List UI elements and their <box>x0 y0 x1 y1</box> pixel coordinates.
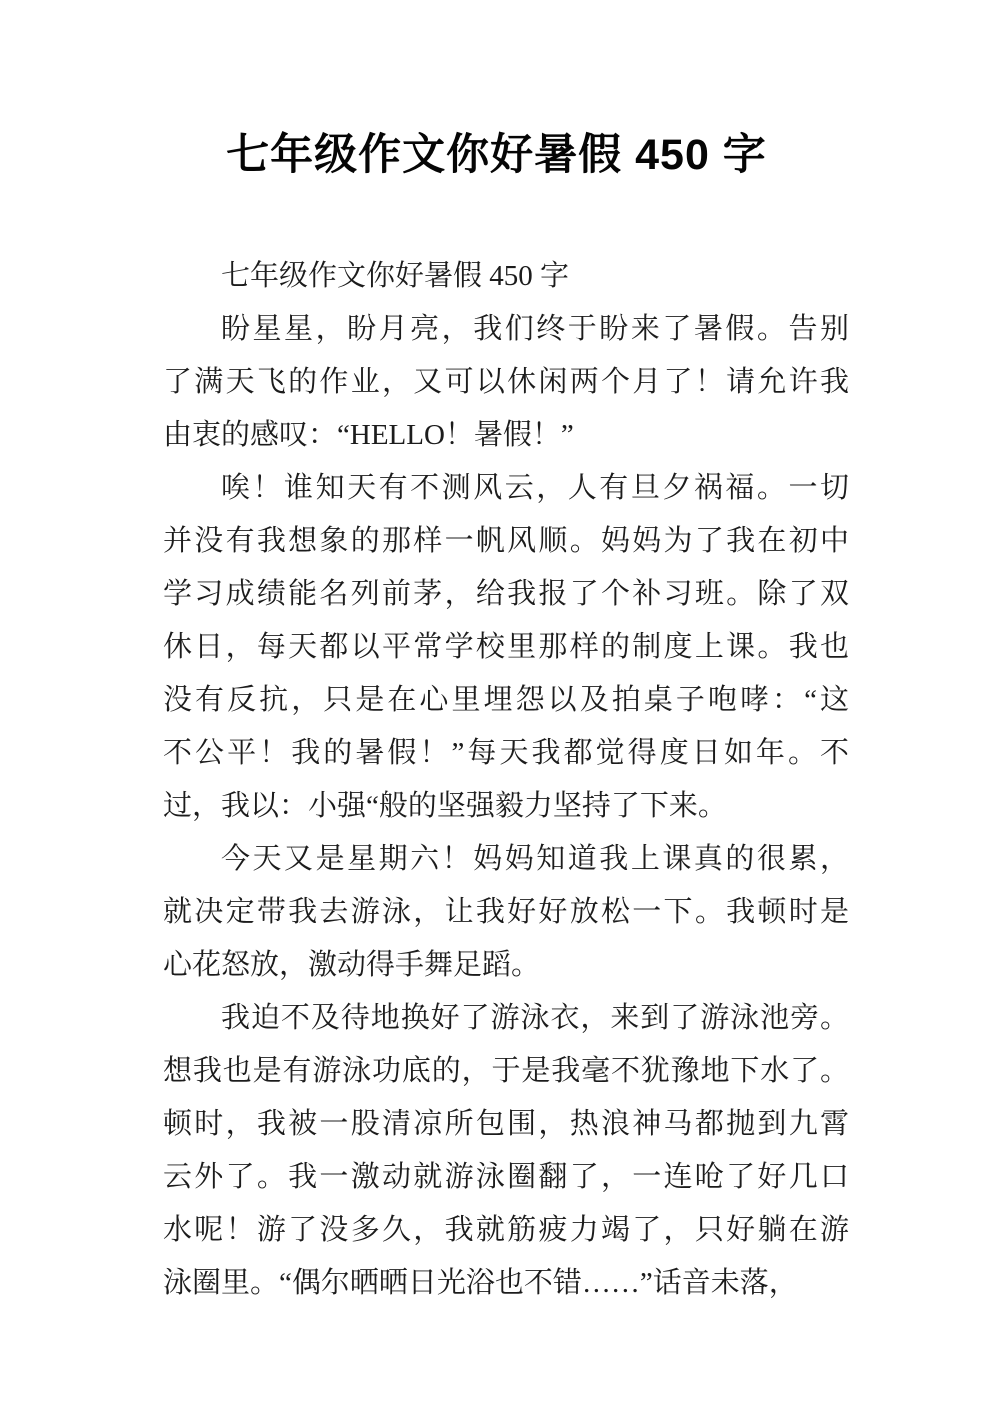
text-line: 七年级作文你好暑假 450 字 <box>163 250 849 303</box>
text-line: 并没有我想象的那样一帆风顺。妈妈为了我在初中 <box>163 515 849 568</box>
text-line: 由衷的感叹：“HELLO！暑假！” <box>163 409 849 462</box>
text-line: 心花怒放，激动得手舞足蹈。 <box>163 939 849 992</box>
text-line: 今天又是星期六！妈妈知道我上课真的很累， <box>163 833 849 886</box>
text-line: 休日，每天都以平常学校里那样的制度上课。我也 <box>163 621 849 674</box>
text-line: 学习成绩能名列前茅，给我报了个补习班。除了双 <box>163 568 849 621</box>
text-line: 泳圈里。“偶尔晒晒日光浴也不错……”话音未落， <box>163 1257 849 1310</box>
text-line: 云外了。我一激动就游泳圈翻了，一连呛了好几口 <box>163 1151 849 1204</box>
essay-body: 七年级作文你好暑假 450 字盼星星，盼月亮，我们终于盼来了暑假。告别了满天飞的… <box>163 250 849 1310</box>
text-line: 了满天飞的作业，又可以休闲两个月了！请允许我 <box>163 356 849 409</box>
text-line: 没有反抗，只是在心里埋怨以及拍桌子咆哮：“这 <box>163 674 849 727</box>
text-line: 不公平！我的暑假！”每天我都觉得度日如年。不 <box>163 727 849 780</box>
text-line: 过，我以：小强“般的坚强毅力坚持了下来。 <box>163 780 849 833</box>
document-page: { "page": { "background_color": "#ffffff… <box>0 0 993 1404</box>
page-title: 七年级作文你好暑假 450 字 <box>0 124 993 186</box>
text-line: 我迫不及待地换好了游泳衣，来到了游泳池旁。 <box>163 992 849 1045</box>
text-line: 唉！谁知天有不测风云，人有旦夕祸福。一切 <box>163 462 849 515</box>
text-line: 想我也是有游泳功底的，于是我毫不犹豫地下水了。 <box>163 1045 849 1098</box>
text-line: 水呢！游了没多久，我就筋疲力竭了，只好躺在游 <box>163 1204 849 1257</box>
text-line: 就决定带我去游泳，让我好好放松一下。我顿时是 <box>163 886 849 939</box>
text-line: 顿时，我被一股清凉所包围，热浪神马都抛到九霄 <box>163 1098 849 1151</box>
text-line: 盼星星，盼月亮，我们终于盼来了暑假。告别 <box>163 303 849 356</box>
